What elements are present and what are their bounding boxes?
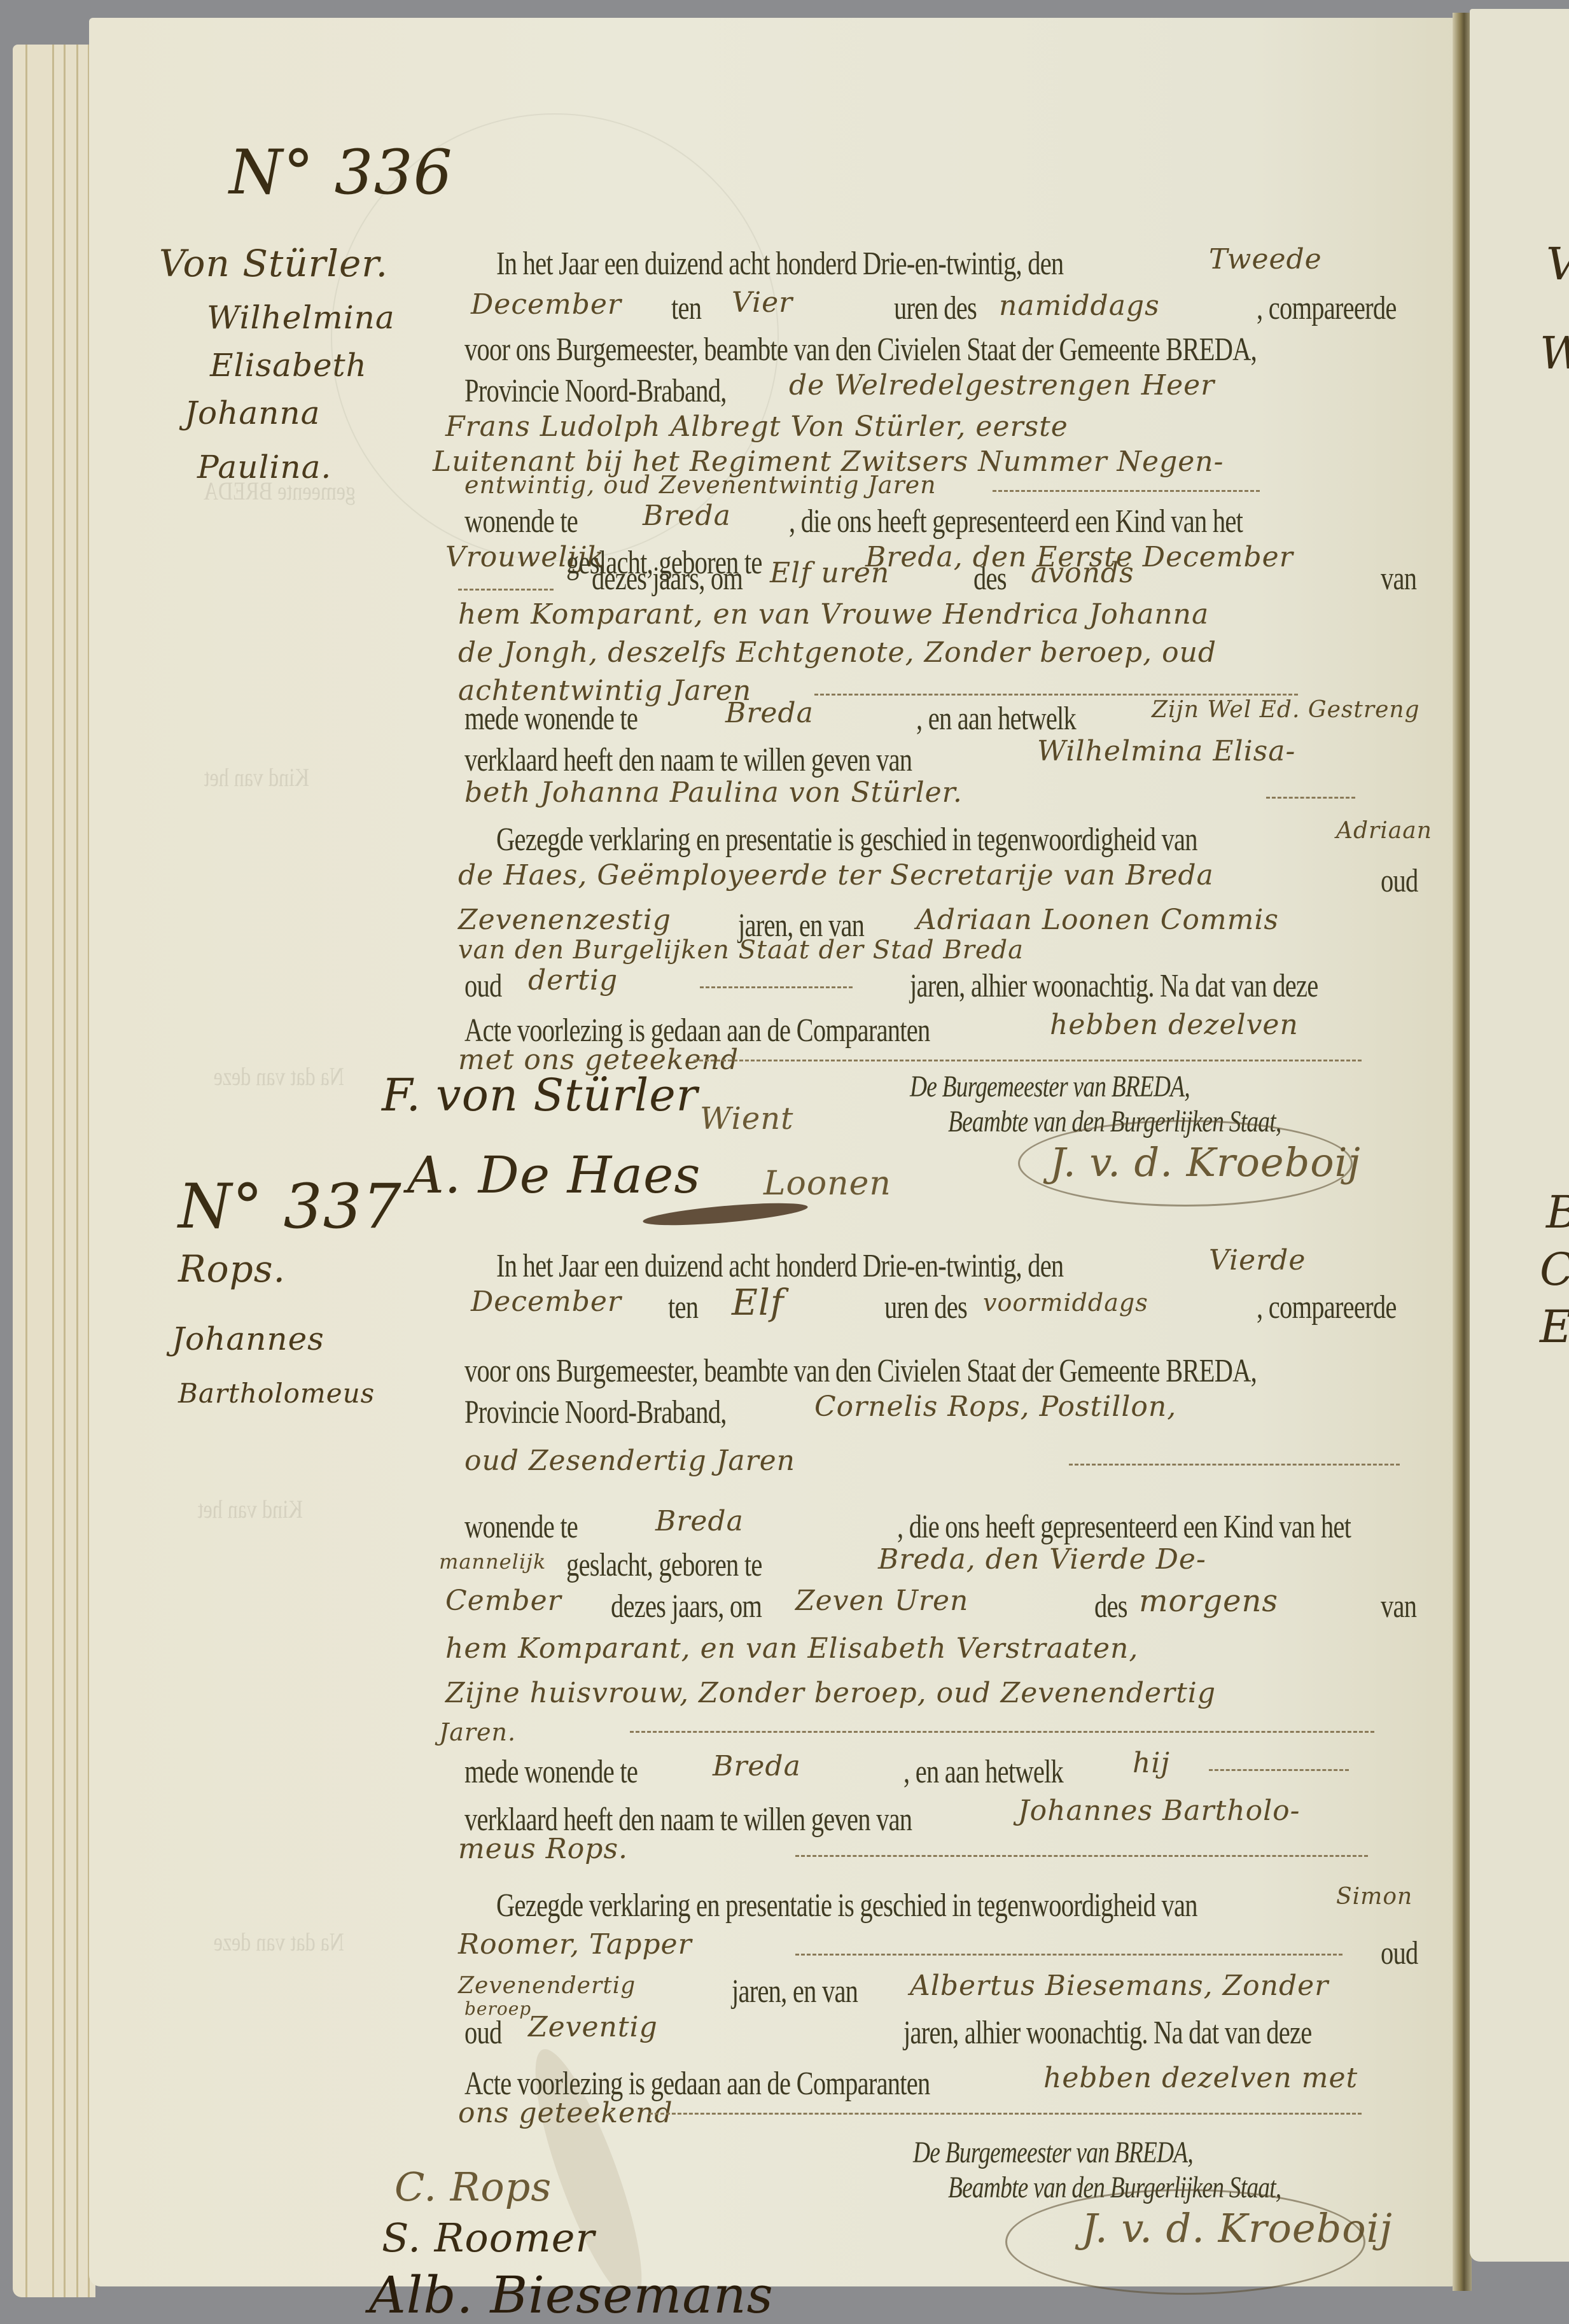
handwritten-entry: Cember [445,1585,562,1617]
printed-text: Provincie Noord-Braband, [464,1394,727,1431]
signature: Loonen [764,1165,891,1203]
record-number: N° 336 [229,137,453,208]
printed-text: van [1381,1588,1416,1625]
handwritten-entry: hem Komparant, en van Vrouwe Hendrica Jo… [458,598,1209,631]
printed-text: dezes jaars, om [611,1588,762,1625]
printed-text: van [1381,560,1416,598]
printed-text: verklaard heeft den naam te willen geven… [464,741,912,779]
printed-text: , compareerde [1257,290,1397,327]
handwritten-entry: van den Burgelijken Staat der Stad Breda [458,935,1024,965]
handwritten-entry: Johannes Bartholo- [1018,1795,1301,1827]
handwritten-entry: Frans Ludolph Albregt Von Stürler, eerst… [445,410,1068,443]
handwritten-entry: Vierde [1209,1244,1306,1277]
printed-text: In het Jaar een duizend acht honderd Dri… [496,1247,1063,1285]
margin-surname: Rops. [178,1247,286,1291]
adjacent-fragment: V [1546,238,1569,290]
handwritten-entry: Zeventig [528,2011,658,2043]
handwritten-entry: entwintig, oud Zevenentwintig Jaren [464,471,937,499]
printed-text: , en aan hetwelk [916,700,1076,738]
printed-text: voor ons Burgemeester, beambte van den C… [464,1352,1257,1390]
printed-text: ten [671,290,701,327]
printed-text: oud [1381,862,1418,900]
signature: Wient [700,1101,793,1137]
page-stack-edge [13,45,95,2297]
margin-given-name: Paulina. [197,449,331,486]
printed-text: uren des [884,1289,967,1326]
margin-surname: Von Stürler. [159,242,388,285]
adjacent-fragment: W [1540,327,1569,379]
handwritten-entry: de Jongh, deszelfs Echtgenote, Zonder be… [458,636,1217,669]
handwritten-entry: December [471,1285,622,1318]
handwritten-entry: meus Rops. [458,1833,628,1865]
signature: F. von Stürler [382,1069,698,1121]
margin-given-name: Johannes [172,1320,324,1357]
adjacent-page: V W B C E [1470,9,1569,2262]
printed-text: Provincie Noord-Braband, [464,372,727,410]
handwritten-entry: hem Komparant, en van Elisabeth Verstraa… [445,1632,1138,1665]
margin-given-name: Johanna [185,395,320,431]
printed-text: uren des [894,290,977,327]
handwritten-entry: Zevenenzestig [458,904,671,936]
printed-text: dezes jaars, om [592,560,743,598]
handwritten-entry: mannelijk [439,1550,546,1574]
signature: S. Roomer [382,2215,595,2261]
margin-given-name: Elisabeth [210,347,367,384]
handwritten-entry: hebben dezelven [1050,1009,1299,1041]
handwritten-entry: Wilhelmina Elisa- [1037,735,1295,767]
handwritten-entry: Tweede [1209,243,1322,276]
printed-text: des [1094,1588,1127,1625]
margin-given-name: Bartholomeus [178,1378,375,1409]
printed-text: , compareerde [1257,1289,1397,1326]
adjacent-fragment: E [1540,1301,1569,1353]
handwritten-entry: Elf [732,1282,784,1324]
record-number: N° 337 [178,1171,402,1242]
handwritten-entry: oud Zesendertig Jaren [464,1445,795,1477]
adjacent-fragment: C [1540,1243,1569,1296]
handwritten-entry: Zijn Wel Ed. Gestreng [1152,697,1420,723]
signature: C. Rops [394,2164,552,2210]
handwritten-entry: Vier [732,286,793,319]
handwritten-entry: Simon [1336,1884,1412,1910]
margin-given-name: Wilhelmina [207,299,395,336]
adjacent-fragment: B [1546,1186,1569,1238]
printed-text: oud [464,967,502,1005]
handwritten-entry: namiddags [999,290,1160,322]
printed-text: jaren, alhier woonachtig. Na dat van dez… [903,2014,1311,2052]
printed-text: mede wonende te [464,700,638,738]
printed-text: , die ons heeft gepresenteerd een Kind v… [789,503,1243,540]
printed-text: In het Jaar een duizend acht honderd Dri… [496,245,1063,283]
printed-text: oud [1381,1935,1418,1972]
handwritten-entry: avonds [1031,557,1134,589]
signature: Alb. Biesemans [369,2265,774,2324]
printed-text: Gezegde verklaring en presentatie is ges… [496,1887,1197,1924]
handwritten-entry: Breda [655,1505,744,1537]
printed-text: oud [464,2014,502,2052]
handwritten-entry: Breda [643,500,731,532]
printed-text: des [973,560,1007,598]
printed-text: Gezegde verklaring en presentatie is ges… [496,821,1197,858]
handwritten-entry: Adriaan [1336,818,1432,844]
handwritten-entry: dertig [528,964,618,997]
mayor-title: De Burgemeester van BREDA, [910,1069,1190,1104]
handwritten-entry: ons geteekend [458,2097,673,2129]
handwritten-entry: Breda, den Vierde De- [878,1543,1206,1576]
handwritten-entry: beth Johanna Paulina von Stürler. [464,776,963,809]
signature: A. De Haes [407,1145,701,1205]
handwritten-entry: Breda [713,1750,801,1782]
printed-text: wonende te [464,503,578,540]
handwritten-entry: Adriaan Loonen Commis [916,904,1279,936]
handwritten-entry: Zevenendertig [458,1973,636,1999]
printed-text: , die ons heeft gepresenteerd een Kind v… [897,1508,1351,1546]
printed-text: wonende te [464,1508,578,1546]
handwritten-entry: Albertus Biesemans, Zonder [910,1970,1328,2002]
printed-text: ten [668,1289,698,1326]
handwritten-entry: December [471,288,622,321]
handwritten-entry: Elf uren [770,557,889,589]
handwritten-entry: de Welredelgestrengen Heer [789,369,1215,402]
printed-text: jaren, alhier woonachtig. Na dat van dez… [910,967,1318,1005]
printed-text: mede wonende te [464,1753,638,1791]
handwritten-entry: Breda [725,697,814,729]
handwritten-entry: Roomer, Tapper [458,1928,692,1961]
printed-text: voor ons Burgemeester, beambte van den C… [464,331,1257,368]
handwritten-entry: Jaren. [439,1718,516,1746]
printed-text: jaren, en van [732,1973,858,2010]
handwritten-entry: Zeven Uren [795,1585,968,1617]
handwritten-entry: Zijne huisvrouw, Zonder beroep, oud Zeve… [445,1677,1216,1709]
printed-text: geslacht, geboren te [566,1546,762,1584]
handwritten-entry: voormiddags [983,1289,1148,1317]
book-gutter [1453,13,1472,2291]
mayor-title: De Burgemeester van BREDA, [913,2135,1193,2170]
handwritten-entry: hebben dezelven met [1043,2062,1358,2094]
handwritten-entry: morgens [1139,1583,1278,1619]
handwritten-entry: Cornelis Rops, Postillon, [814,1390,1176,1423]
handwritten-entry: hij [1133,1747,1170,1779]
handwritten-entry: de Haes, Geëmployeerde ter Secretarije v… [458,859,1214,892]
printed-text: , en aan hetwelk [903,1753,1063,1791]
